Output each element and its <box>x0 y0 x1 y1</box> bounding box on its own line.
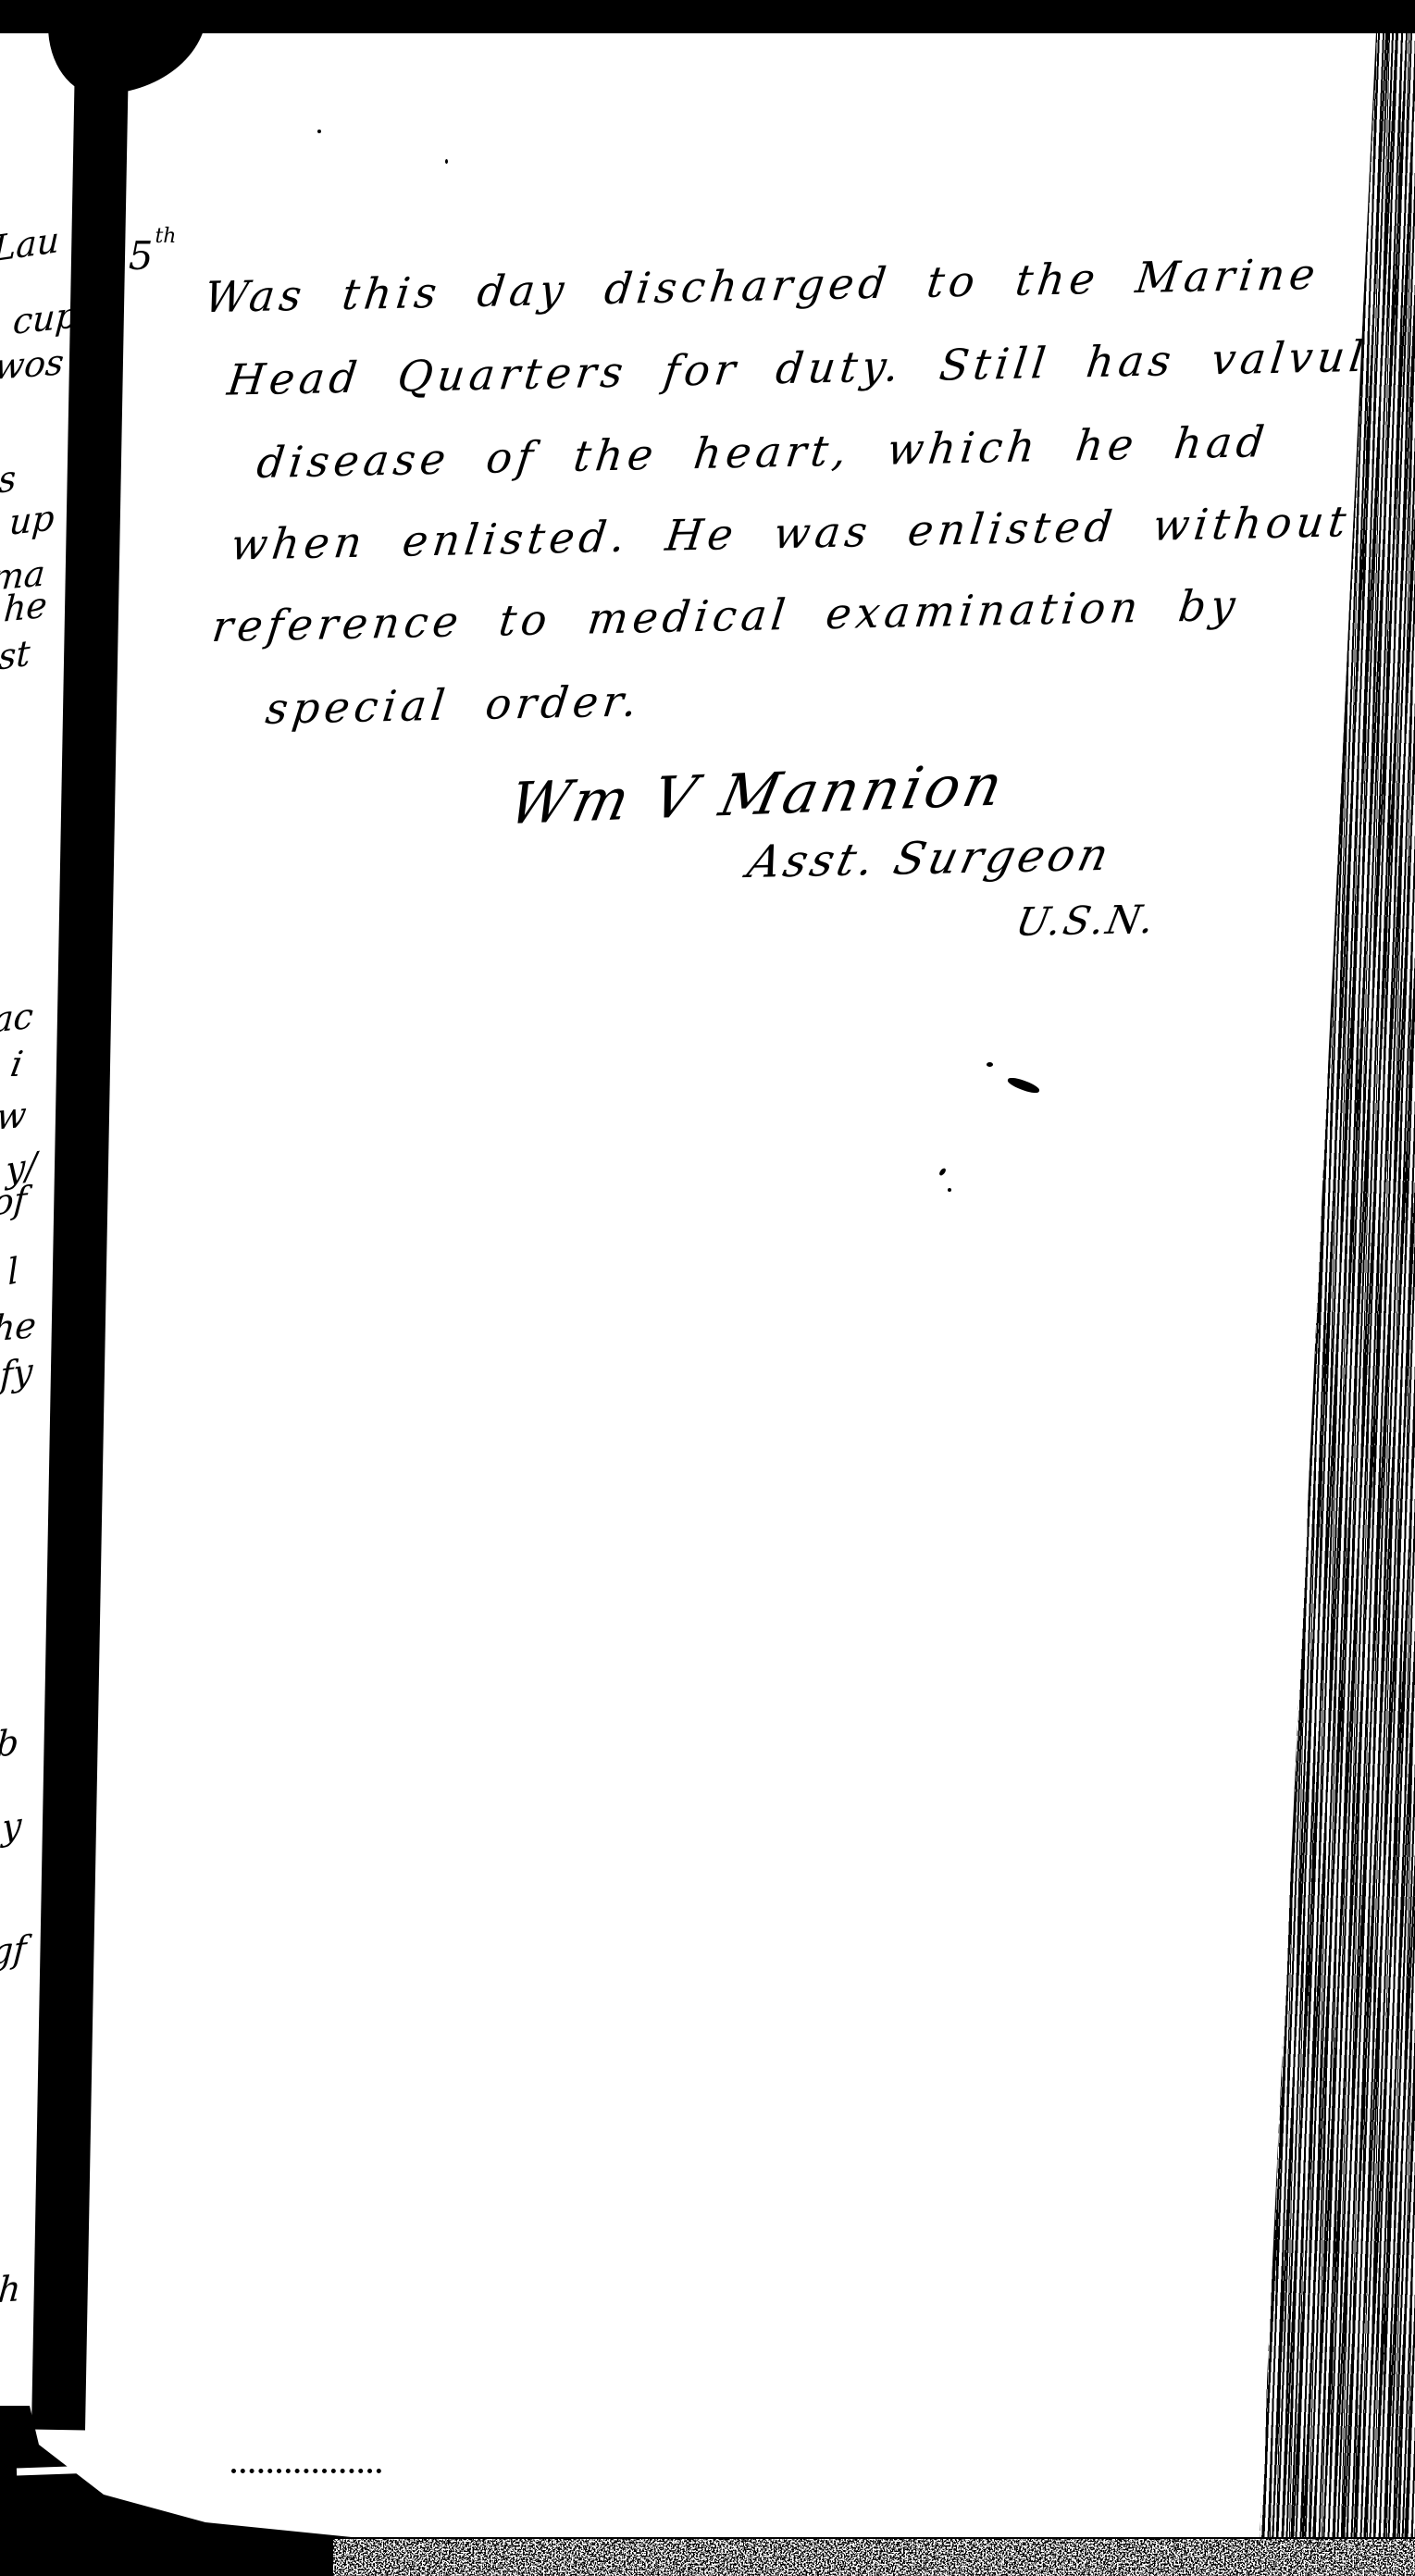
margin-fragment: gf <box>0 1928 28 1974</box>
margin-fragment: ac <box>0 995 34 1040</box>
margin-fragment: i <box>7 1044 26 1084</box>
margin-fragment: wos <box>0 341 66 388</box>
margin-fragment: Lau <box>0 219 60 270</box>
margin-fragment: st <box>0 632 31 677</box>
margin-fragment: w <box>0 1094 28 1137</box>
margin-fragment: b <box>0 1721 20 1765</box>
margin-fragment: he <box>0 1305 38 1350</box>
scan-top-edge <box>0 0 1415 33</box>
scan-noise-texture <box>333 2539 1415 2576</box>
left-margin-fragments: Laucupwossupmahestaciwy/oflhefybygfhlo <box>0 0 1415 2576</box>
margin-fragment: fy <box>0 1350 33 1396</box>
scanned-document-page: Laucupwossupmahestaciwy/oflhefybygfhlo 1… <box>0 0 1415 2576</box>
scan-bottom-edge <box>0 2537 1415 2576</box>
margin-fragment: h <box>0 2268 22 2311</box>
margin-fragment: l <box>6 1249 19 1293</box>
margin-fragment: y <box>1 1804 22 1849</box>
margin-fragment: of <box>0 1179 28 1223</box>
margin-fragment: up <box>8 497 56 543</box>
margin-fragment: he <box>3 584 49 629</box>
margin-fragment: s <box>0 457 16 502</box>
